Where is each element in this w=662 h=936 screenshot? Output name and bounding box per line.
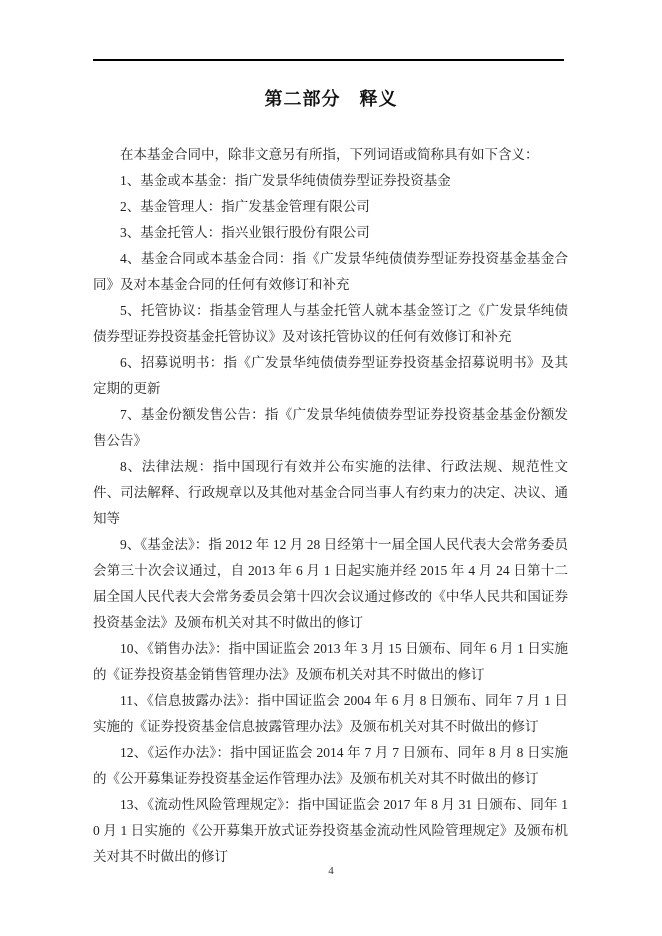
definition-item-9: 9、《基金法》：指 2012 年 12 月 28 日经第十一届全国人民代表大会常…: [93, 532, 568, 636]
definition-item-1: 1、基金或本基金：指广发景华纯债债券型证券投资基金: [93, 168, 568, 194]
definition-item-13: 13、《流动性风险管理规定》：指中国证监会 2017 年 8 月 31 日颁布、…: [93, 792, 568, 870]
header-rule-line: [93, 59, 564, 61]
document-body: 在本基金合同中，除非文意另有所指，下列词语或简称具有如下含义： 1、基金或本基金…: [93, 142, 568, 870]
section-title: 第二部分 释义: [0, 85, 662, 111]
intro-paragraph: 在本基金合同中，除非文意另有所指，下列词语或简称具有如下含义：: [93, 142, 568, 168]
definition-item-5: 5、托管协议：指基金管理人与基金托管人就本基金签订之《广发景华纯债债券型证券投资…: [93, 298, 568, 350]
definition-item-11: 11、《信息披露办法》：指中国证监会 2004 年 6 月 8 日颁布、同年 7…: [93, 688, 568, 740]
document-page: 第二部分 释义 在本基金合同中，除非文意另有所指，下列词语或简称具有如下含义： …: [0, 0, 662, 936]
definition-item-7: 7、基金份额发售公告：指《广发景华纯债债券型证券投资基金基金份额发售公告》: [93, 402, 568, 454]
definition-item-3: 3、基金托管人：指兴业银行股份有限公司: [93, 220, 568, 246]
definition-item-6: 6、招募说明书：指《广发景华纯债债券型证券投资基金招募说明书》及其定期的更新: [93, 350, 568, 402]
definition-item-12: 12、《运作办法》：指中国证监会 2014 年 7 月 7 日颁布、同年 8 月…: [93, 740, 568, 792]
definition-item-10: 10、《销售办法》：指中国证监会 2013 年 3 月 15 日颁布、同年 6 …: [93, 636, 568, 688]
definition-item-4: 4、基金合同或本基金合同：指《广发景华纯债债券型证券投资基金基金合同》及对本基金…: [93, 246, 568, 298]
page-number: 4: [0, 865, 662, 877]
definition-item-8: 8、法律法规：指中国现行有效并公布实施的法律、行政法规、规范性文件、司法解释、行…: [93, 454, 568, 532]
definition-item-2: 2、基金管理人：指广发基金管理有限公司: [93, 194, 568, 220]
